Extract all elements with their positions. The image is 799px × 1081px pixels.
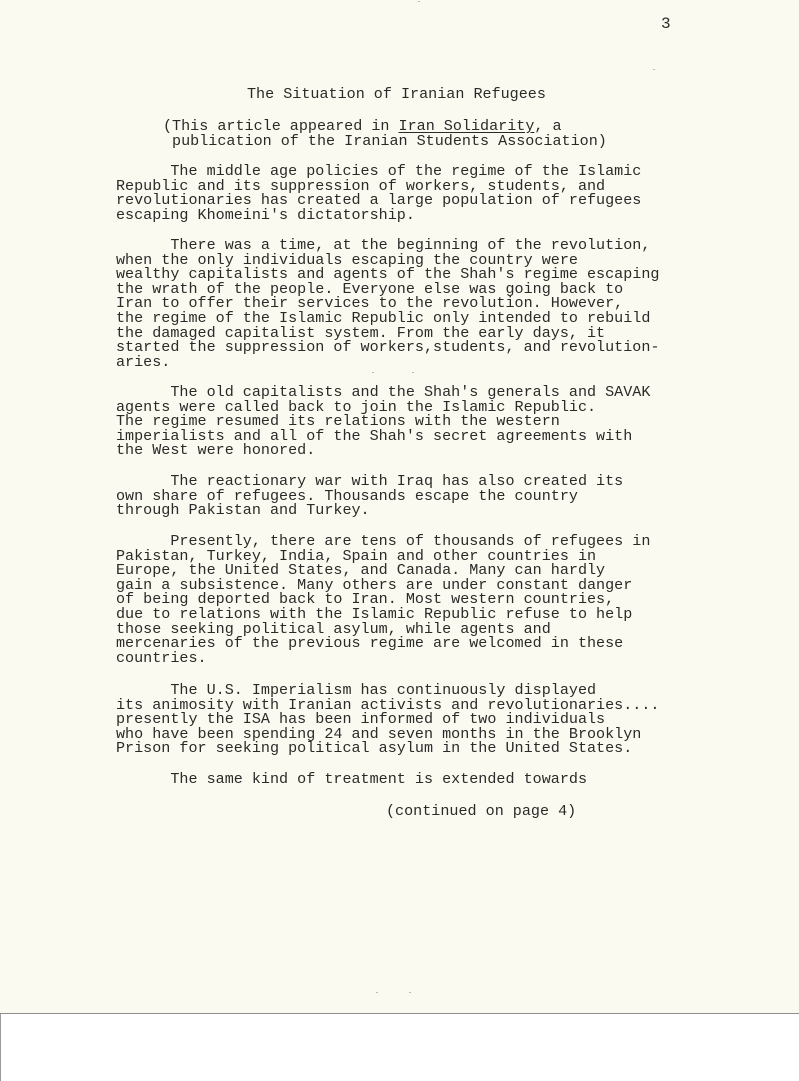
text-line: Prison for seeking political asylum in t… <box>116 741 659 756</box>
text-line: aries. <box>116 355 659 370</box>
scan-speck <box>409 992 411 993</box>
text-line: The same kind of treatment is extended t… <box>116 772 587 787</box>
text-line: countries. <box>116 651 650 666</box>
paragraph-middle-age-policies: The middle age policies of the regime of… <box>116 164 641 222</box>
scan-speck <box>376 992 378 993</box>
scan-speck <box>372 372 374 373</box>
text-line: the West were honored. <box>116 443 650 458</box>
source-note-text: publication of the Iranian Students Asso… <box>163 132 607 150</box>
document-page: 3 The Situation of Iranian Refugees (Thi… <box>0 0 799 1014</box>
paragraph-old-capitalists: The old capitalists and the Shah's gener… <box>116 385 650 458</box>
continuation-note: (continued on page 4) <box>386 804 576 819</box>
text-line: through Pakistan and Turkey. <box>116 503 623 518</box>
text-line: escaping Khomeini's dictatorship. <box>116 208 641 223</box>
text-line: started the suppression of workers,stude… <box>116 340 659 355</box>
paragraph-beginning-of-revolution: There was a time, at the beginning of th… <box>116 238 659 369</box>
scan-speck <box>653 69 655 70</box>
scan-speck <box>412 372 414 373</box>
paragraph-war-with-iraq: The reactionary war with Iraq has also c… <box>116 474 623 518</box>
paragraph-us-imperialism: The U.S. Imperialism has continuously di… <box>116 683 659 756</box>
paragraph-refugees-abroad: Presently, there are tens of thousands o… <box>116 534 650 665</box>
article-source-note: (This article appeared in Iran Solidarit… <box>163 119 607 148</box>
article-title: The Situation of Iranian Refugees <box>247 87 546 102</box>
scan-speck <box>418 1 420 2</box>
page-number: 3 <box>661 17 671 32</box>
scan-background <box>0 1014 799 1081</box>
paragraph-same-treatment: The same kind of treatment is extended t… <box>116 772 587 787</box>
